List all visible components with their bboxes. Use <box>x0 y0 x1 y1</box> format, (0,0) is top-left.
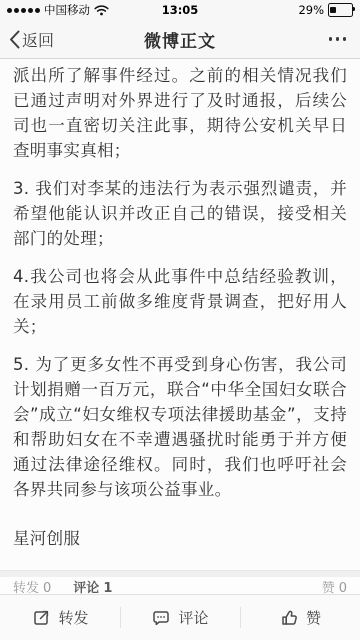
repost-button[interactable]: 转发 <box>0 595 120 640</box>
weibo-post-screen: 中国移动 13:05 29% 返回 微博正文 派出所了解事件经过。之前的相关情况… <box>0 0 360 640</box>
signal-strength-icon <box>7 8 40 13</box>
post-paragraph: 5. 为了更多女性不再受到身心伤害，我公司计划捐赠一百万元，联合“中华全国妇女联… <box>13 352 347 502</box>
battery-icon <box>328 3 353 17</box>
nav-bar: 返回 微博正文 <box>0 20 360 59</box>
wifi-icon <box>94 5 109 16</box>
battery-percent-label: 29% <box>298 3 324 17</box>
bottom-toolbar: 转发 评论 赞 <box>0 594 360 640</box>
back-chevron-icon <box>8 29 21 50</box>
status-right: 29% <box>298 3 353 17</box>
back-button[interactable]: 返回 <box>8 20 54 58</box>
tab-likes-label: 赞 <box>322 580 335 594</box>
comment-button-label: 评论 <box>178 607 208 628</box>
post-paragraph: 4.我公司也将会从此事件中总结经验教训，在录用员工前做多维度背景调查，把好用人关… <box>13 264 347 339</box>
more-options-button[interactable] <box>329 20 347 58</box>
thumbs-up-icon <box>279 608 299 628</box>
comment-button[interactable]: 评论 <box>120 595 240 640</box>
status-time: 13:05 <box>162 0 199 20</box>
tab-reposts-count: 0 <box>43 580 51 594</box>
like-button-label: 赞 <box>306 607 321 628</box>
tab-comments-count: 1 <box>103 580 112 594</box>
more-options-icon <box>329 37 333 41</box>
status-bar: 中国移动 13:05 29% <box>0 0 360 20</box>
tab-comments[interactable]: 评论 1 <box>73 580 112 594</box>
repost-icon <box>31 608 51 628</box>
page-title: 微博正文 <box>144 27 216 52</box>
carrier-label: 中国移动 <box>44 2 90 18</box>
post-paragraph: 派出所了解事件经过。之前的相关情况我们已通过声明对外界进行了及时通报，后续公司也… <box>13 63 347 163</box>
tab-reposts-label: 转发 <box>13 580 39 594</box>
tab-likes-count: 0 <box>339 580 347 594</box>
section-separator <box>0 570 360 577</box>
status-left: 中国移动 <box>7 2 109 18</box>
back-label: 返回 <box>22 28 54 51</box>
tab-comments-label: 评论 <box>73 580 99 594</box>
like-button[interactable]: 赞 <box>240 595 360 640</box>
post-content: 派出所了解事件经过。之前的相关情况我们已通过声明对外界进行了及时通报，后续公司也… <box>0 59 360 570</box>
repost-button-label: 转发 <box>58 607 88 628</box>
post-paragraph: 3. 我们对李某的违法行为表示强烈谴责，并希望他能认识并改正自己的错误，接受相关… <box>13 176 347 251</box>
tab-likes[interactable]: 赞 0 <box>322 580 347 594</box>
post-signature: 星河创服 <box>13 526 347 551</box>
tab-reposts[interactable]: 转发 0 <box>13 580 51 594</box>
engagement-tab-strip: 转发 0 评论 1 赞 0 <box>0 577 360 594</box>
comment-icon <box>151 608 171 628</box>
